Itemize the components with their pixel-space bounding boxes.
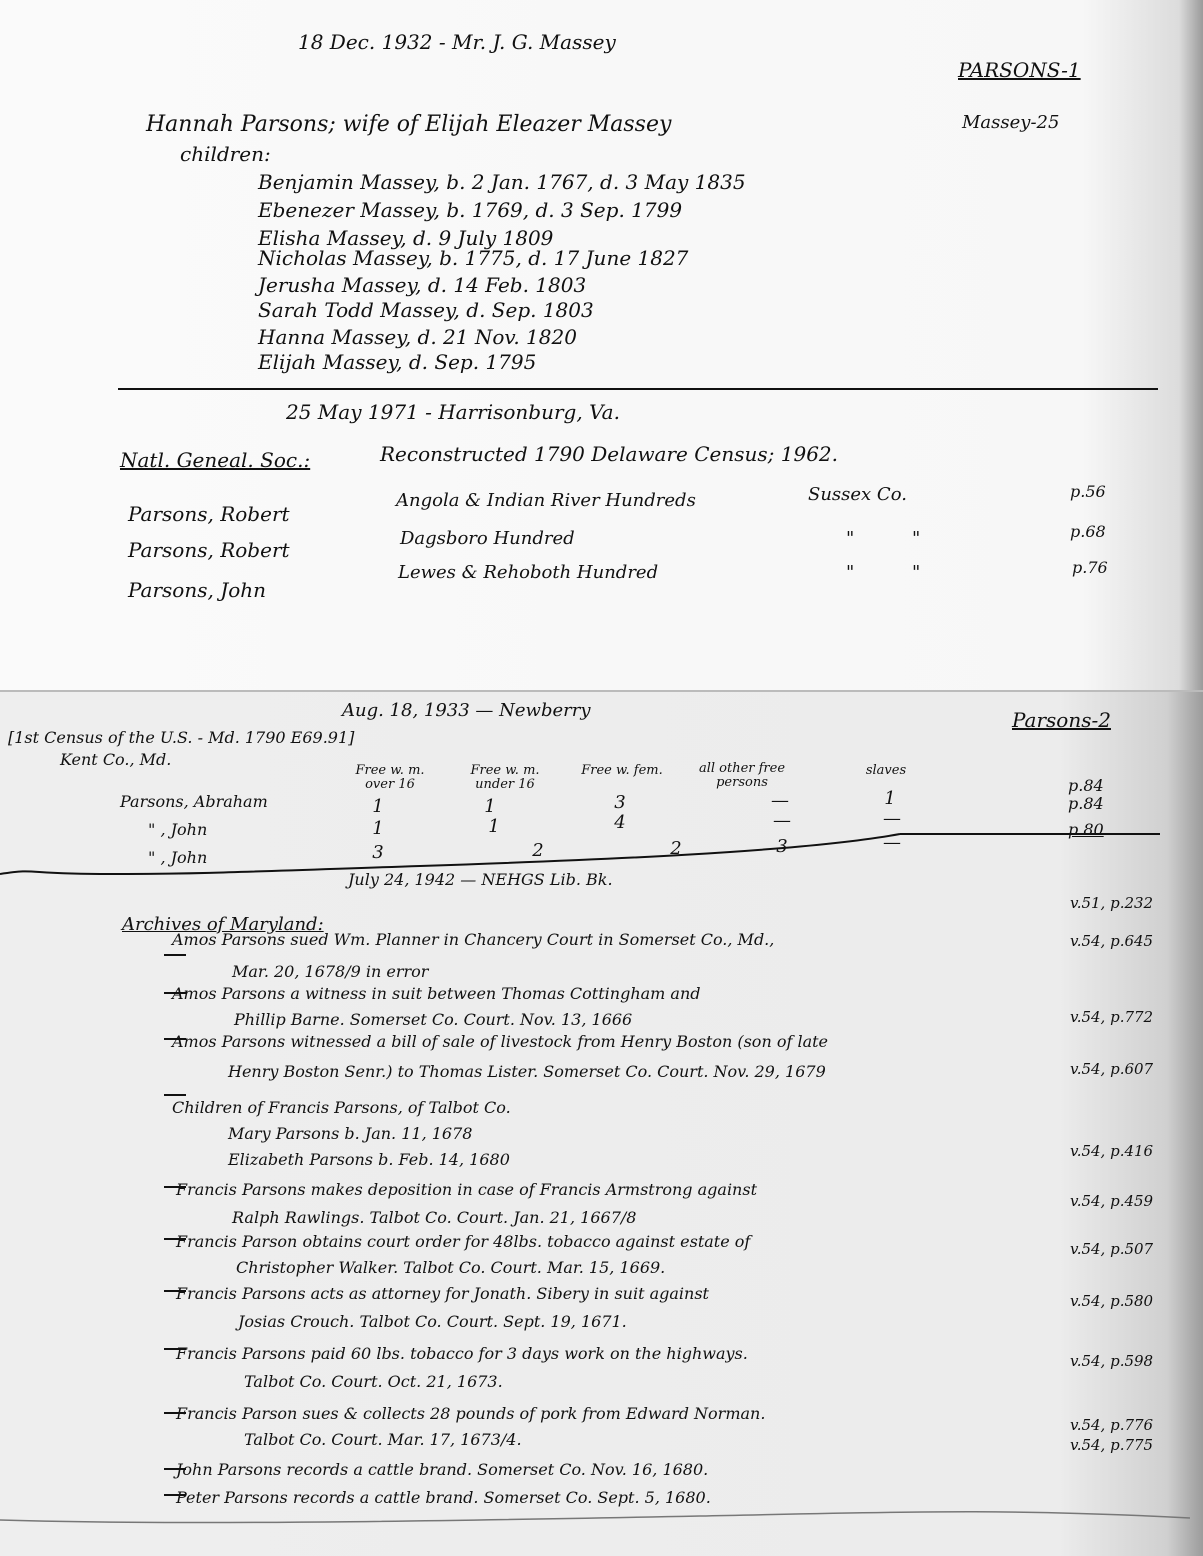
entry-line: Elizabeth Parsons b. Feb. 14, 1680 (228, 1150, 510, 1169)
tally-page: p.84 (1068, 776, 1104, 795)
entry-line: John Parsons records a cattle brand. Som… (176, 1460, 708, 1479)
section-divider (118, 388, 1158, 390)
source-label: Natl. Geneal. Soc.: (120, 448, 310, 472)
census-place: Dagsboro Hundred (400, 528, 575, 549)
volume-page-ref: v.54, p.459 (1070, 1192, 1153, 1210)
census-page: p.68 (1070, 522, 1106, 541)
census-ditto: " (846, 528, 854, 549)
entry-line: Amos Parsons sued Wm. Planner in Chancer… (172, 930, 774, 949)
entry-line: Amos Parsons a witness in suit between T… (172, 984, 701, 1003)
entry-line: Francis Parsons makes deposition in case… (176, 1180, 757, 1199)
sheet1-header: 18 Dec. 1932 - Mr. J. G. Massey (298, 30, 616, 54)
child-entry: Nicholas Massey, b. 1775, d. 17 June 182… (258, 246, 688, 270)
volume-page-ref: v.54, p.580 (1070, 1292, 1153, 1310)
entry-line: Josias Crouch. Talbot Co. Court. Sept. 1… (238, 1312, 627, 1331)
child-entry: Benjamin Massey, b. 2 Jan. 1767, d. 3 Ma… (258, 170, 746, 194)
entry-line: Phillip Barne. Somerset Co. Court. Nov. … (234, 1010, 632, 1029)
column-header: all other free persons (692, 762, 792, 790)
entry-dash (164, 1094, 186, 1096)
column-header: Free w. m. under 16 (455, 764, 555, 792)
census-page: p.56 (1070, 482, 1106, 501)
sheet2-tag: Parsons-2 (1012, 708, 1111, 732)
entry-line: Children of Francis Parsons, of Talbot C… (172, 1098, 511, 1117)
census-name: Parsons, Robert (128, 538, 290, 562)
volume-page-ref: v.54, p.607 (1070, 1060, 1153, 1078)
entry-line: Francis Parson sues & collects 28 pounds… (176, 1404, 765, 1423)
tally-cell: 1 (460, 796, 520, 817)
column-header: Free w. fem. (572, 764, 672, 778)
tally-cell: — (750, 790, 810, 811)
census-name: Parsons, John (128, 578, 266, 602)
volume-page-ref: v.54, p.416 (1070, 1142, 1153, 1160)
sheet2-header: Aug. 18, 1933 — Newberry (342, 700, 591, 721)
section2-header: 25 May 1971 - Harrisonburg, Va. (286, 400, 620, 424)
census-page: p.76 (1072, 558, 1108, 577)
column-header: Free w. m. over 16 (340, 764, 440, 792)
entry-line: Talbot Co. Court. Mar. 17, 1673/4. (244, 1430, 522, 1449)
entry-line: Christopher Walker. Talbot Co. Court. Ma… (236, 1258, 665, 1277)
section2-header: July 24, 1942 — NEHGS Lib. Bk. (348, 870, 613, 889)
notes-sheet-1: 18 Dec. 1932 - Mr. J. G. Massey PARSONS-… (0, 0, 1203, 690)
entry-line: Mar. 20, 1678/9 in error (232, 962, 428, 981)
child-entry: Hanna Massey, d. 21 Nov. 1820 (258, 325, 577, 349)
census-name: Parsons, Robert (128, 502, 290, 526)
child-entry: Jerusha Massey, d. 14 Feb. 1803 (258, 273, 586, 297)
entry-line: Mary Parsons b. Jan. 11, 1678 (228, 1124, 472, 1143)
entry-line: Peter Parsons records a cattle brand. So… (176, 1488, 711, 1507)
subject-line: Hannah Parsons; wife of Elijah Eleazer M… (146, 112, 671, 137)
entry-line: Francis Parson obtains court order for 4… (176, 1232, 750, 1251)
child-entry: Sarah Todd Massey, d. Sep. 1803 (258, 298, 594, 322)
child-entry: Elijah Massey, d. Sep. 1795 (258, 350, 536, 374)
census-ditto: " (846, 562, 854, 583)
entry-line: Ralph Rawlings. Talbot Co. Court. Jan. 2… (232, 1208, 636, 1227)
volume-page-ref: v.54, p.776 (1070, 1416, 1153, 1434)
column-header: slaves (836, 764, 936, 778)
source-text: Reconstructed 1790 Delaware Census; 1962… (380, 442, 838, 466)
torn-edge (0, 1510, 1203, 1550)
tally-page: p.84 (1068, 794, 1104, 813)
census-source: [1st Census of the U.S. - Md. 1790 E69.9… (8, 728, 354, 747)
tally-cell: 1 (348, 796, 408, 817)
entry-line: Talbot Co. Court. Oct. 21, 1673. (244, 1372, 503, 1391)
entry-line: Henry Boston Senr.) to Thomas Lister. So… (228, 1062, 826, 1081)
volume-page-ref: v.54, p.775 (1070, 1436, 1153, 1454)
sheet1-tag-sub: Massey-25 (962, 112, 1059, 133)
notes-sheet-2: Aug. 18, 1933 — Newberry Parsons-2 [1st … (0, 690, 1203, 1556)
census-place: Lewes & Rehoboth Hundred (398, 562, 658, 583)
tally-name: Parsons, Abraham (120, 792, 268, 811)
volume-page-ref: v.54, p.598 (1070, 1352, 1153, 1370)
county-label: Kent Co., Md. (60, 750, 171, 769)
volume-page-ref: v.54, p.507 (1070, 1240, 1153, 1258)
volume-page-ref: v.54, p.645 (1070, 932, 1153, 950)
volume-page-ref: v.54, p.772 (1070, 1008, 1153, 1026)
child-entry: Ebenezer Massey, b. 1769, d. 3 Sep. 1799 (258, 198, 682, 222)
tally-cell: 1 (860, 788, 920, 809)
entry-line: Francis Parsons paid 60 lbs. tobacco for… (176, 1344, 748, 1363)
entry-dash (164, 954, 186, 956)
tally-cell: 3 (590, 792, 650, 813)
census-county: Sussex Co. (808, 484, 907, 505)
children-label: children: (180, 142, 271, 166)
volume-page-ref: v.51, p.232 (1070, 894, 1153, 912)
sheet1-tag-main: PARSONS-1 (958, 58, 1081, 82)
entry-line: Francis Parsons acts as attorney for Jon… (176, 1284, 709, 1303)
entry-line: Amos Parsons witnessed a bill of sale of… (172, 1032, 828, 1051)
census-place: Angola & Indian River Hundreds (396, 490, 696, 511)
census-ditto: " (912, 562, 920, 583)
census-ditto: " (912, 528, 920, 549)
